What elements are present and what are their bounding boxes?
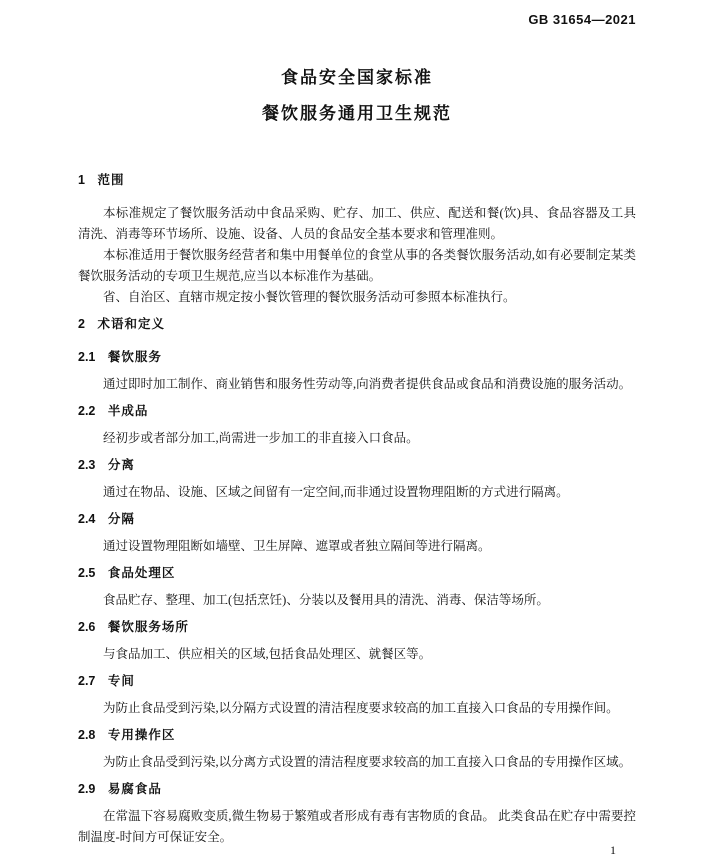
term-2-8-name: 专用操作区 <box>108 728 176 742</box>
term-2-6-name: 餐饮服务场所 <box>108 620 189 634</box>
term-2-5-definition: 食品贮存、整理、加工(包括烹饪)、分装以及餐用具的清洗、消毒、保洁等场所。 <box>78 590 636 611</box>
term-2-1-definition: 通过即时加工制作、商业销售和服务性劳动等,向消费者提供食品或食品和消费设施的服务… <box>78 374 636 395</box>
standard-title-line1: 食品安全国家标准 <box>0 66 714 90</box>
term-2-7-number: 2.7 <box>78 671 95 692</box>
chapter1-paragraph-1: 本标准规定了餐饮服务活动中食品采购、贮存、加工、供应、配送和餐(饮)具、食品容器… <box>78 203 636 245</box>
term-2-3-heading: 2.3分离 <box>78 455 636 476</box>
term-2-2-definition: 经初步或者部分加工,尚需进一步加工的非直接入口食品。 <box>78 428 636 449</box>
term-2-8-definition: 为防止食品受到污染,以分离方式设置的清洁程度要求较高的加工直接入口食品的专用操作… <box>78 752 636 773</box>
term-2-1-heading: 2.1餐饮服务 <box>78 347 636 368</box>
term-2-4-name: 分隔 <box>108 512 135 526</box>
standard-title-line2: 餐饮服务通用卫生规范 <box>0 102 714 126</box>
term-2-5: 2.5食品处理区 食品贮存、整理、加工(包括烹饪)、分装以及餐用具的清洗、消毒、… <box>78 563 636 611</box>
term-2-5-number: 2.5 <box>78 563 95 584</box>
chapter2-heading: 2术语和定义 <box>78 314 636 335</box>
term-2-3-number: 2.3 <box>78 455 95 476</box>
term-2-3: 2.3分离 通过在物品、设施、区域之间留有一定空间,而非通过设置物理阻断的方式进… <box>78 455 636 503</box>
term-2-3-name: 分离 <box>108 458 135 472</box>
chapter1-paragraphs: 本标准规定了餐饮服务活动中食品采购、贮存、加工、供应、配送和餐(饮)具、食品容器… <box>78 203 636 308</box>
term-2-8: 2.8专用操作区 为防止食品受到污染,以分离方式设置的清洁程度要求较高的加工直接… <box>78 725 636 773</box>
term-2-9-definition: 在常温下容易腐败变质,微生物易于繁殖或者形成有毒有害物质的食品。 此类食品在贮存… <box>78 806 636 848</box>
chapter1-title: 范围 <box>97 173 124 187</box>
term-2-9: 2.9易腐食品 在常温下容易腐败变质,微生物易于繁殖或者形成有毒有害物质的食品。… <box>78 779 636 848</box>
chapter1-number: 1 <box>78 170 85 191</box>
term-2-8-heading: 2.8专用操作区 <box>78 725 636 746</box>
term-2-5-heading: 2.5食品处理区 <box>78 563 636 584</box>
document-body: 1范围 本标准规定了餐饮服务活动中食品采购、贮存、加工、供应、配送和餐(饮)具、… <box>0 170 714 848</box>
term-2-9-name: 易腐食品 <box>108 782 162 796</box>
term-2-7-heading: 2.7专间 <box>78 671 636 692</box>
term-2-4-number: 2.4 <box>78 509 95 530</box>
term-2-9-number: 2.9 <box>78 779 95 800</box>
chapter2-title: 术语和定义 <box>97 317 165 331</box>
term-2-2: 2.2半成品 经初步或者部分加工,尚需进一步加工的非直接入口食品。 <box>78 401 636 449</box>
term-2-2-name: 半成品 <box>108 404 149 418</box>
term-2-7-definition: 为防止食品受到污染,以分隔方式设置的清洁程度要求较高的加工直接入口食品的专用操作… <box>78 698 636 719</box>
chapter1-paragraph-2: 本标准适用于餐饮服务经营者和集中用餐单位的食堂从事的各类餐饮服务活动,如有必要制… <box>78 245 636 287</box>
term-2-6-heading: 2.6餐饮服务场所 <box>78 617 636 638</box>
term-2-1: 2.1餐饮服务 通过即时加工制作、商业销售和服务性劳动等,向消费者提供食品或食品… <box>78 347 636 395</box>
term-2-5-name: 食品处理区 <box>108 566 176 580</box>
chapter1-heading: 1范围 <box>78 170 636 191</box>
term-2-6-definition: 与食品加工、供应相关的区域,包括食品处理区、就餐区等。 <box>78 644 636 665</box>
term-2-2-number: 2.2 <box>78 401 95 422</box>
term-2-7: 2.7专间 为防止食品受到污染,以分隔方式设置的清洁程度要求较高的加工直接入口食… <box>78 671 636 719</box>
term-2-6: 2.6餐饮服务场所 与食品加工、供应相关的区域,包括食品处理区、就餐区等。 <box>78 617 636 665</box>
term-2-7-name: 专间 <box>108 674 135 688</box>
term-2-2-heading: 2.2半成品 <box>78 401 636 422</box>
term-2-3-definition: 通过在物品、设施、区域之间留有一定空间,而非通过设置物理阻断的方式进行隔离。 <box>78 482 636 503</box>
term-2-4-heading: 2.4分隔 <box>78 509 636 530</box>
term-2-4: 2.4分隔 通过设置物理阻断如墙壁、卫生屏障、遮罩或者独立隔间等进行隔离。 <box>78 509 636 557</box>
page-number: 1 <box>610 843 616 857</box>
document-page: GB 31654—2021 食品安全国家标准 餐饮服务通用卫生规范 1范围 本标… <box>0 0 714 863</box>
chapter2-number: 2 <box>78 314 85 335</box>
term-2-6-number: 2.6 <box>78 617 95 638</box>
term-2-1-name: 餐饮服务 <box>108 350 162 364</box>
standard-doc-number: GB 31654—2021 <box>0 0 714 30</box>
chapter1-paragraph-3: 省、自治区、直辖市规定按小餐饮管理的餐饮服务活动可参照本标准执行。 <box>78 287 636 308</box>
term-2-1-number: 2.1 <box>78 347 95 368</box>
term-2-4-definition: 通过设置物理阻断如墙壁、卫生屏障、遮罩或者独立隔间等进行隔离。 <box>78 536 636 557</box>
term-2-9-heading: 2.9易腐食品 <box>78 779 636 800</box>
term-2-8-number: 2.8 <box>78 725 95 746</box>
